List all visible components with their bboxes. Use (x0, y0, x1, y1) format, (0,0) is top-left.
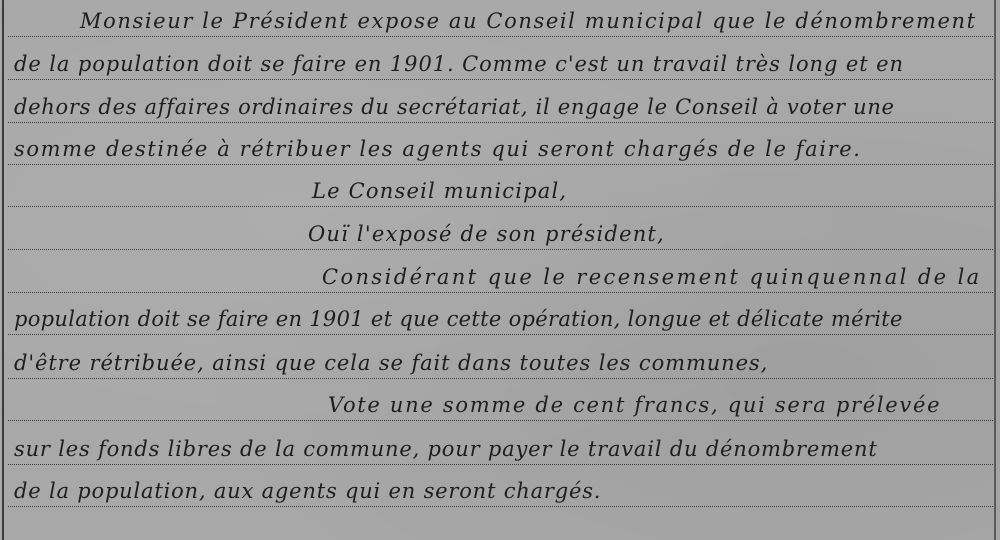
text-line: de la population doit se faire en 1901. … (14, 52, 904, 76)
text-line: Ouï l'exposé de son président, (308, 222, 665, 246)
text-line: Vote une somme de cent francs, qui sera … (328, 393, 941, 417)
text-line: population doit se faire en 1901 et que … (14, 307, 903, 331)
margin-line (994, 0, 996, 540)
document-page: Monsieur le Président expose au Conseil … (0, 0, 1000, 540)
ruled-line (8, 506, 993, 507)
text-line: dehors des affaires ordinaires du secrét… (14, 95, 895, 119)
ruled-line (8, 36, 993, 37)
ruled-line (8, 420, 993, 421)
ruled-line (8, 164, 993, 165)
text-line: de la population, aux agents qui en sero… (14, 479, 601, 503)
ruled-line (8, 249, 993, 250)
text-line: Le Conseil municipal, (312, 179, 567, 203)
ruled-line (8, 334, 993, 335)
text-line: d'être rétribuée, ainsi que cela se fait… (14, 351, 768, 375)
ruled-line (8, 122, 993, 123)
ruled-line (8, 206, 993, 207)
text-line: Considérant que le recensement quinquenn… (322, 265, 982, 289)
ruled-line (8, 79, 993, 80)
ruled-line (8, 464, 993, 465)
ruled-line (8, 378, 993, 379)
text-line: Monsieur le Président expose au Conseil … (80, 9, 985, 33)
ruled-line (8, 292, 993, 293)
text-line: somme destinée à rétribuer les agents qu… (14, 137, 862, 161)
text-line: sur les fonds libres de la commune, pour… (14, 437, 878, 461)
page-left-border (2, 0, 4, 540)
